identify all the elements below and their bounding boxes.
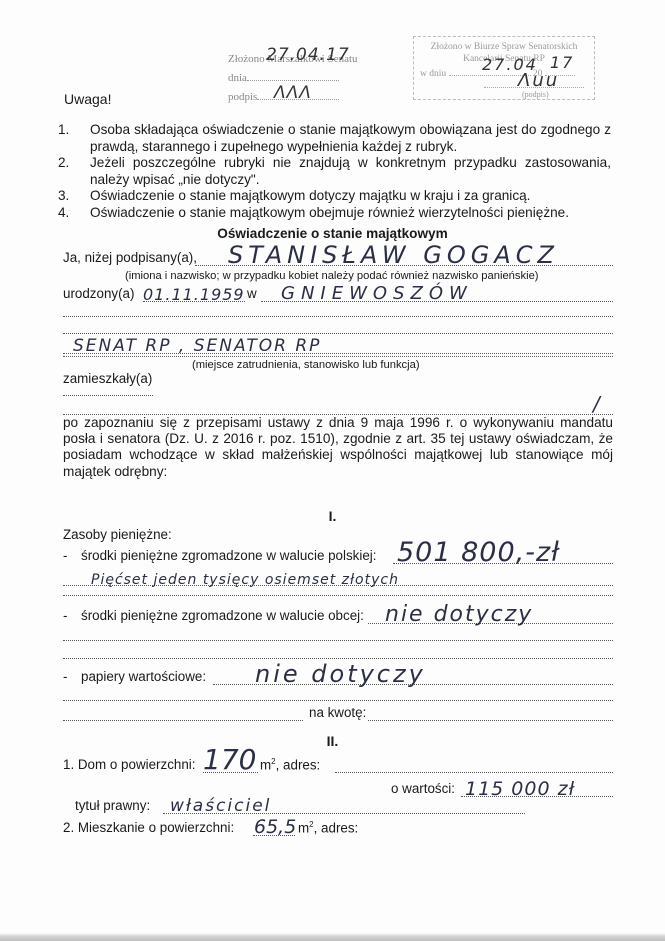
page-bottom-edge (0, 933, 665, 941)
birth-date-handwritten: 01.11.1959 (143, 285, 245, 304)
declaration-page: Złożono Marszałkowi Senatu 27.04.17 dnia… (0, 0, 665, 941)
warning-list: 1.Osoba składająca oświadczenie o stanie… (58, 122, 611, 221)
flat-area-unit: m2, adres: (298, 820, 358, 835)
pln-funds-field: - środki pieniężne zgromadzone w walucie… (63, 545, 613, 565)
flat-area-label: 2. Mieszkanie o powierzchni: (63, 820, 234, 835)
flat-field: 2. Mieszkanie o powierzchni: 65,5 m2, ad… (63, 817, 613, 837)
section-2-heading: II. (0, 733, 665, 749)
marshal-receipt-stamp: Złożono Marszałkowi Senatu 27.04.17 dnia… (228, 50, 353, 107)
office-stamp-year-handwritten: 17 (550, 57, 574, 69)
pln-funds-value: 501 800,-zł (397, 537, 560, 568)
foreign-funds-value: nie dotyczy (385, 602, 533, 627)
stamp-date-label: dnia (228, 72, 247, 84)
securities-amount-label: na kwotę: (309, 705, 366, 720)
securities-amount-field: na kwotę: (63, 702, 613, 722)
stamp-date-handwritten: 27.04.17 (266, 46, 350, 65)
flat-area-value: 65,5 (254, 816, 296, 838)
warning-item: 4.Oświadczenie o stanie majątkowym obejm… (58, 205, 611, 222)
house-field: 1. Dom o powierzchni: 170 m2, adres: (63, 754, 613, 774)
house-value-label: o wartości: (391, 781, 455, 796)
house-area-value: 170 (203, 743, 256, 776)
house-area-label: 1. Dom o powierzchni: (63, 757, 195, 772)
foreign-funds-label: środki pieniężne zgromadzone w walucie o… (81, 608, 364, 623)
securities-value: nie dotyczy (255, 660, 426, 688)
signer-label: Ja, niżej podpisany(a), (63, 250, 197, 265)
residence-handwritten: / (593, 392, 602, 416)
birth-place-handwritten: GNIEWOSZÓW (281, 283, 473, 304)
house-area-unit: m2, adres: (260, 757, 320, 772)
office-stamp-line1: Złożono w Biurze Spraw Senatorskich (420, 41, 588, 53)
house-title-value: właściciel (170, 796, 271, 816)
warning-item: 2.Jeżeli poszczególne rubryki nie znajdu… (58, 155, 611, 188)
signer-caption: (imiona i nazwisko; w przypadku kobiet n… (125, 270, 539, 282)
house-title-label: tytuł prawny: (75, 798, 150, 813)
residence-label: zamieszkały(a) (63, 371, 152, 386)
warning-heading: Uwaga! (64, 91, 111, 107)
warning-item: 1.Osoba składająca oświadczenie o stanie… (58, 122, 611, 155)
birth-field: urodzony(a) 01.11.1959 w GNIEWOSZÓW (63, 283, 613, 303)
pln-funds-words-field: Pięćset jeden tysięcy osiemset złotych (63, 567, 613, 587)
foreign-funds-field: - środki pieniężne zgromadzone w walucie… (63, 605, 613, 625)
birth-label: urodzony(a) (63, 286, 134, 301)
birth-place-label: w (247, 286, 257, 301)
office-stamp-signature-caption: (podpis) (522, 89, 549, 101)
statement-paragraph: po zapoznaniu się z przepisami ustawy z … (63, 415, 613, 480)
employment-caption: (miejsce zatrudnienia, stanowisko lub fu… (192, 359, 420, 371)
securities-label: papiery wartościowe: (81, 669, 206, 684)
stamp-signature: ΛΛΛ (274, 84, 312, 103)
employment-field: SENAT RP , SENATOR RP (63, 335, 613, 355)
office-stamp-signature: Λuu (518, 75, 559, 87)
house-title-field: tytuł prawny: właściciel (75, 795, 525, 815)
employment-handwritten: SENAT RP , SENATOR RP (73, 336, 321, 356)
warning-item: 3.Oświadczenie o stanie majątkowym dotyc… (58, 188, 611, 205)
signer-field: Ja, niżej podpisany(a), STANISŁAW GOGACZ (63, 247, 613, 267)
office-receipt-stamp: Złożono w Biurze Spraw Senatorskich Kanc… (413, 36, 595, 100)
cash-heading: Zasoby pieniężne: (63, 527, 172, 542)
securities-field: - papiery wartościowe: nie dotyczy (63, 666, 613, 686)
pln-funds-label: środki pieniężne zgromadzone w walucie p… (81, 548, 377, 563)
section-1-heading: I. (0, 508, 665, 524)
office-stamp-date-label: w dniu (420, 69, 446, 79)
form-title: Oświadczenie o stanie majątkowym (0, 226, 665, 241)
stamp-signature-label: podpis (228, 91, 257, 103)
signer-name-handwritten: STANISŁAW GOGACZ (228, 241, 559, 269)
pln-funds-words: Pięćset jeden tysięcy osiemset złotych (91, 572, 399, 588)
